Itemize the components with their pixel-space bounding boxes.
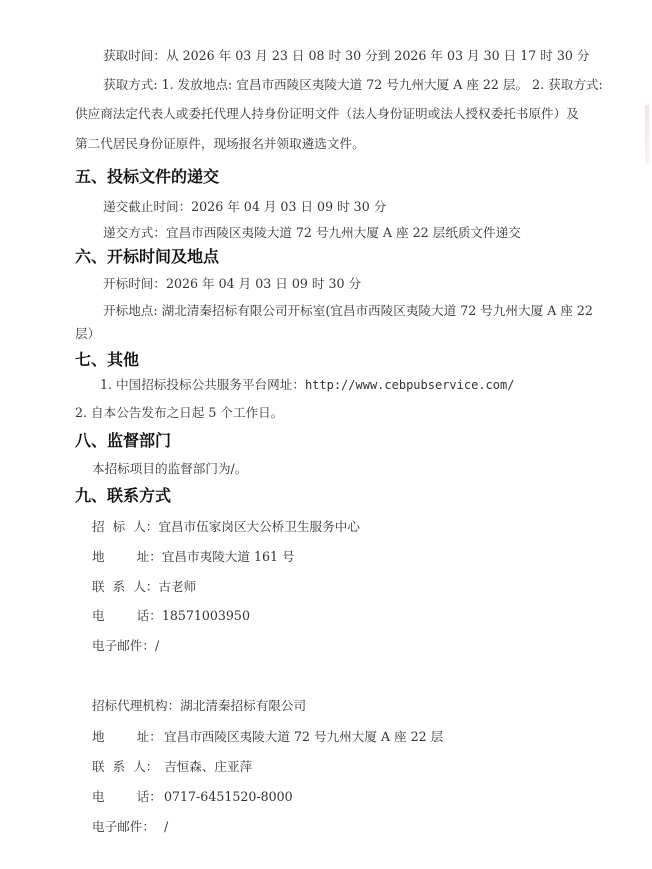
tenderer-phone-label: 电 话： [92,608,162,624]
agency-contact-label: 联 系 人： [92,759,164,775]
obtain-time: 获取时间：从 2026 年 03 月 23 日 08 时 30 分到 2026 … [103,48,589,64]
agency-address-row: 地 址：宜昌市西陵区夷陵大道 72 号九州大厦 A 座 22 层 [92,729,443,745]
tenderer-email-label: 电子邮件： [92,638,155,654]
opening-place-line2: 层） [75,326,100,342]
other-item1: 1. 中国招标投标公共服务平台网址：http://www.cebpubservi… [100,377,514,393]
agency-name-label: 招标代理机构： [92,698,180,714]
opening-time: 开标时间：2026 年 04 月 03 日 09 时 30 分 [103,276,361,292]
agency-phone-label: 电 话： [92,789,164,805]
submission-method: 递交方式：宜昌市西陵区夷陵大道 72 号九州大厦 A 座 22 层纸质文件递交 [103,225,521,241]
section6-heading: 六、开标时间及地点 [75,247,219,267]
other-item2: 2. 自本公告发布之日起 5 个工作日。 [75,405,283,421]
agency-name: 湖北清秦招标有限公司 [180,698,306,713]
obtain-method-line3: 第二代居民身份证原件，现场报名并领取遴选文件。 [75,136,365,152]
tenderer-contact-row: 联 系 人：古老师 [92,579,196,595]
agency-contact-row: 联 系 人：吉恒森、庄亚萍 [92,759,252,775]
submission-deadline: 递交截止时间：2026 年 04 月 03 日 09 时 30 分 [103,199,386,215]
tenderer-phone-row: 电 话：18571003950 [92,608,250,624]
agency-email-label: 电子邮件： [92,819,164,835]
platform-label: 1. 中国招标投标公共服务平台网址： [100,377,305,392]
agency-email-row: 电子邮件：/ [92,819,168,835]
section5-heading: 五、投标文件的递交 [75,167,219,187]
section8-heading: 八、监督部门 [75,431,171,451]
agency-address: 宜昌市西陵区夷陵大道 72 号九州大厦 A 座 22 层 [164,729,443,744]
obtain-method-line1: 获取方式: 1. 发放地点: 宜昌市西陵区夷陵大道 72 号九州大厦 A 座 2… [103,77,603,93]
agency-address-label: 地 址： [92,729,164,745]
obtain-time-label: 获取时间： [103,48,166,63]
section7-heading: 七、其他 [75,350,139,370]
platform-url-link[interactable]: http://www.cebpubservice.com/ [305,378,515,392]
section9-heading: 九、联系方式 [75,486,171,506]
tenderer-name: 宜昌市伍家岗区大公桥卫生服务中心 [158,519,360,534]
agency-phone-row: 电 话：0717-6451520-8000 [92,789,293,805]
tenderer-contact: 古老师 [158,579,196,594]
supervision-text: 本招标项目的监督部门为/。 [92,461,247,477]
tenderer-email-row: 电子邮件：/ [92,638,159,654]
tenderer-address-label: 地 址： [92,549,162,565]
tenderer-name-row: 招 标 人：宜昌市伍家岗区大公桥卫生服务中心 [92,519,360,535]
agency-name-row: 招标代理机构：湖北清秦招标有限公司 [92,698,306,714]
seal-edge-mark [645,105,649,165]
tenderer-phone: 18571003950 [162,608,250,623]
agency-phone: 0717-6451520-8000 [164,789,293,804]
obtain-time-value: 从 2026 年 03 月 23 日 08 时 30 分到 2026 年 03 … [166,48,590,63]
agency-email: / [164,819,168,834]
tenderer-address-row: 地 址：宜昌市夷陵大道 161 号 [92,549,295,565]
tenderer-email: / [155,638,159,653]
opening-place-line1: 开标地点: 湖北清秦招标有限公司开标室(宜昌市西陵区夷陵大道 72 号九州大厦 … [103,303,593,319]
tenderer-contact-label: 联 系 人： [92,579,158,595]
tenderer-address: 宜昌市夷陵大道 161 号 [162,549,295,564]
tenderer-name-label: 招 标 人： [92,519,158,535]
agency-contact: 吉恒森、庄亚萍 [164,759,252,774]
obtain-method-line2: 供应商法定代表人或委托代理人持身份证明文件（法人身份证明或法人授权委托书原件）及 [75,106,579,122]
